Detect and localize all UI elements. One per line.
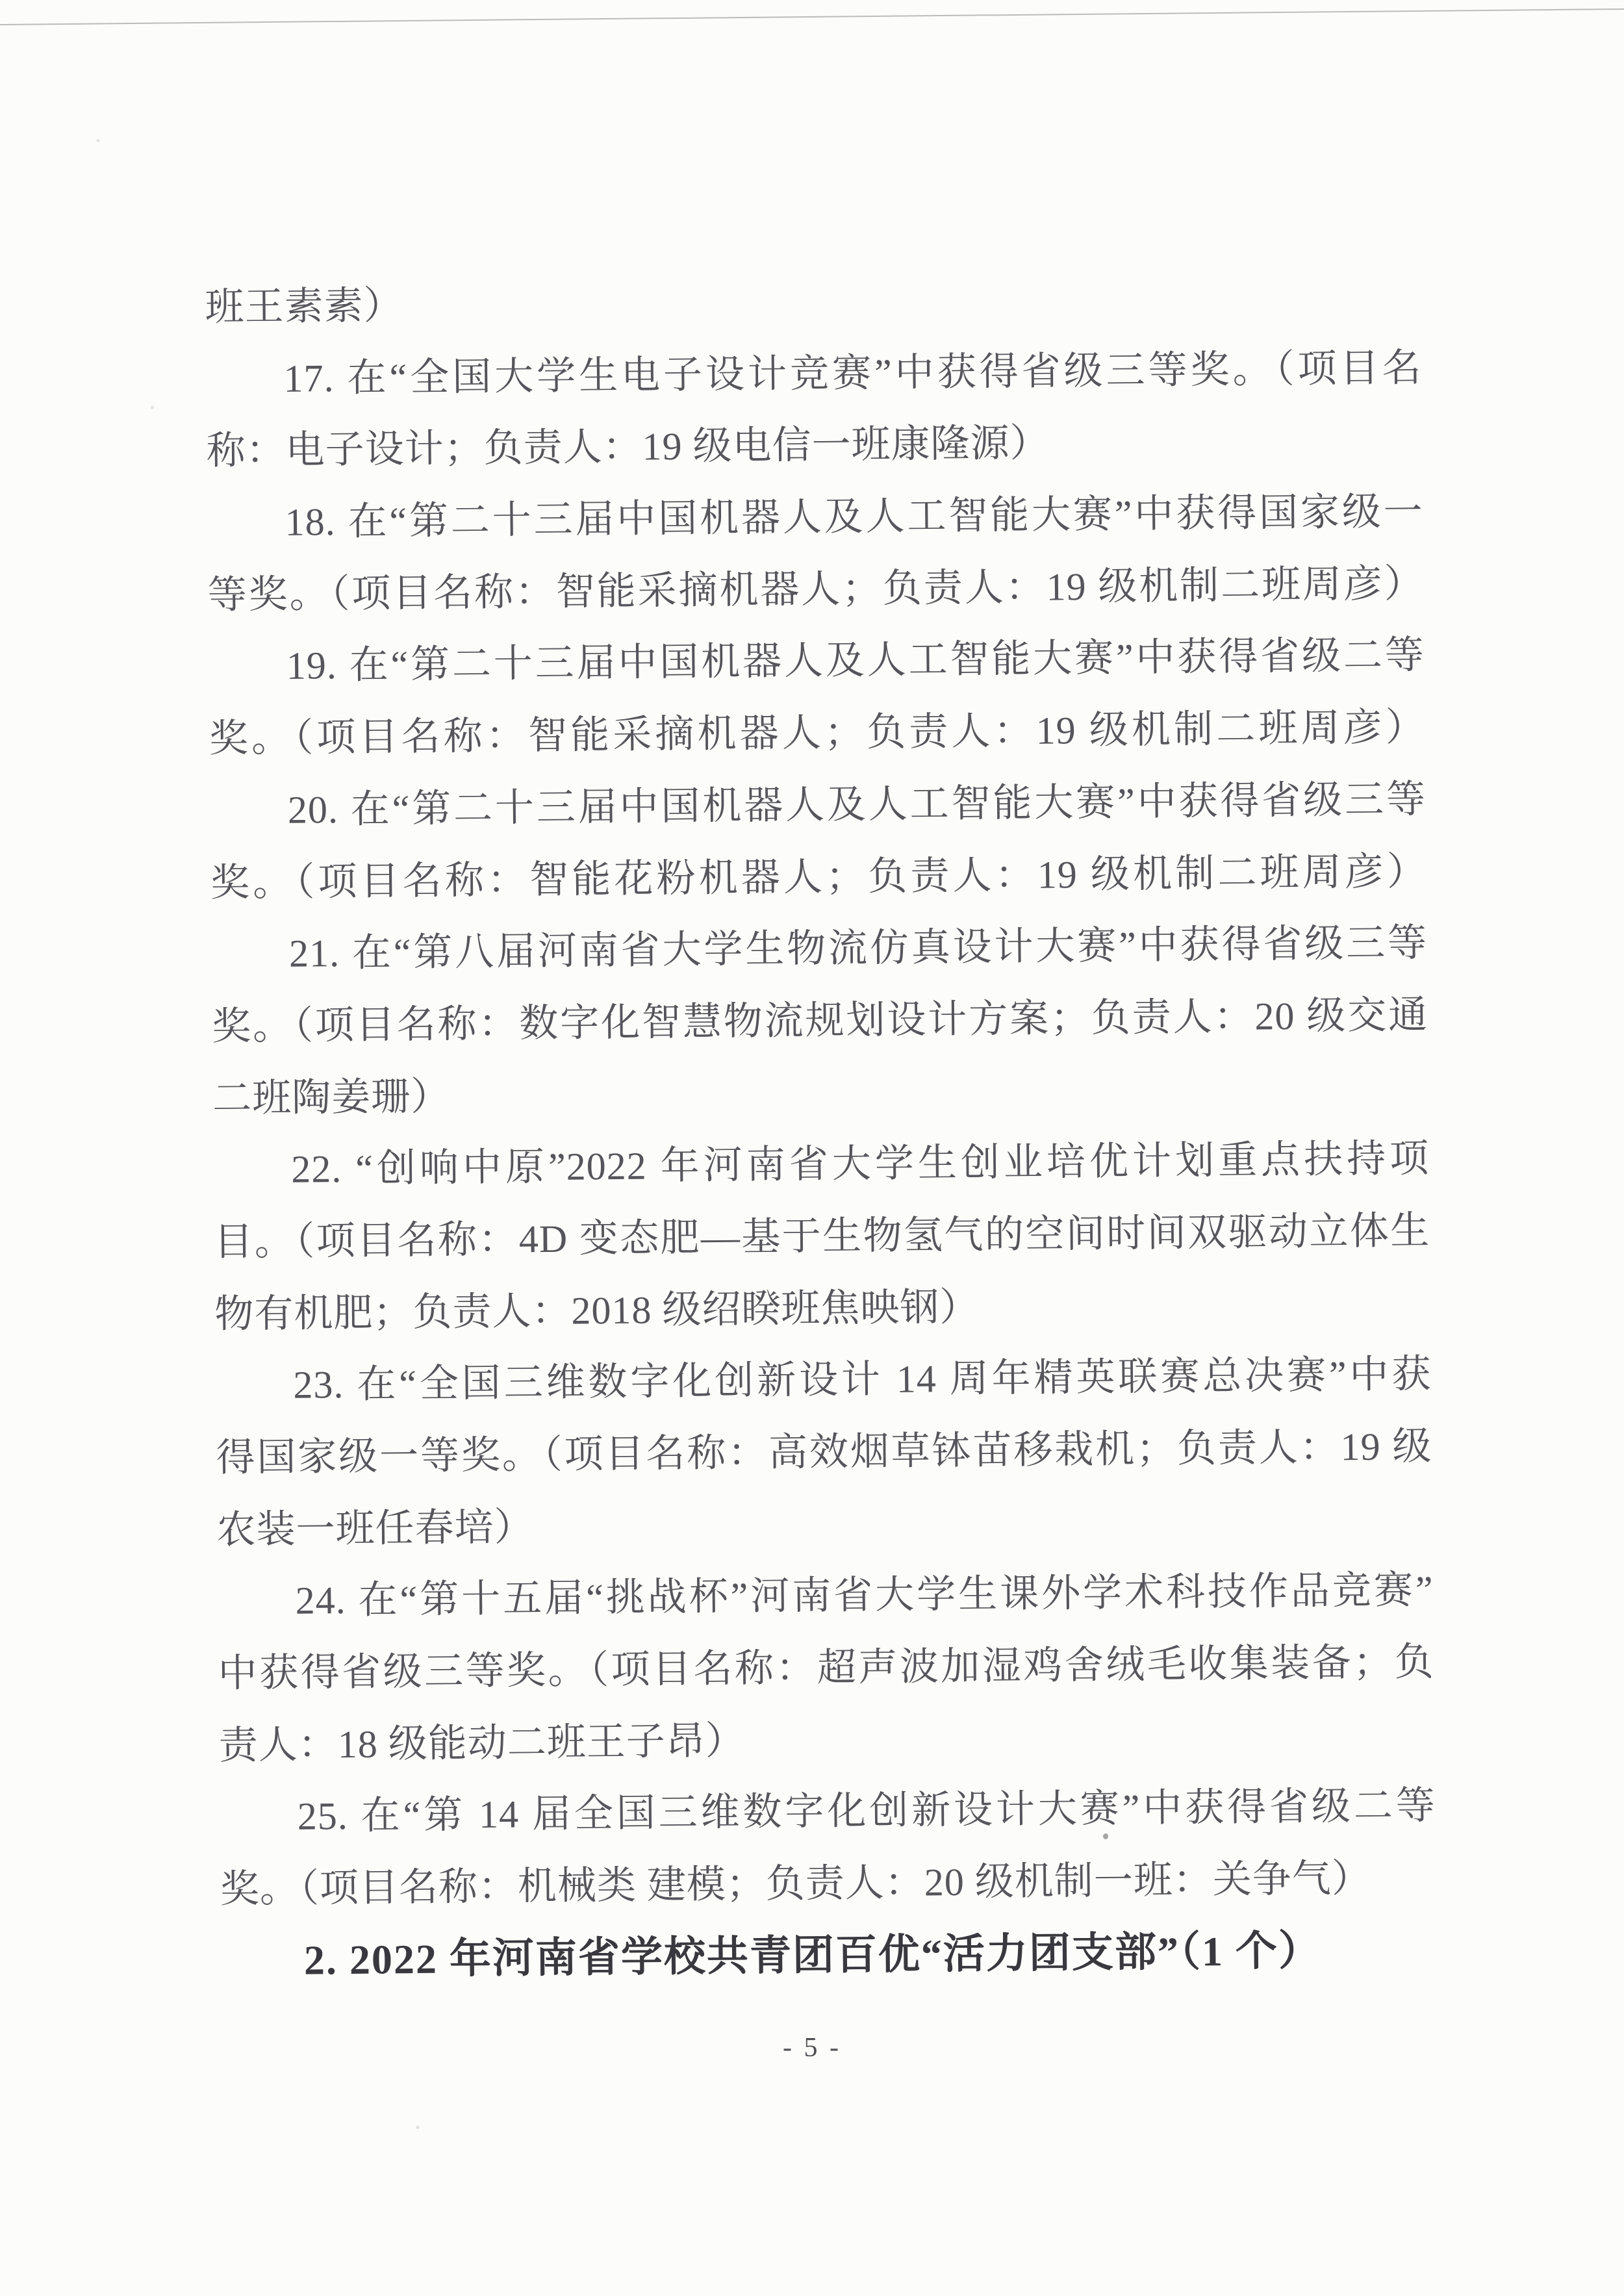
text-line: 奖。（项目名称：智能花粉机器人；负责人：19 级机制二班周彦） [210,835,1427,919]
section-heading: 2. 2022 年河南省学校共青团百优“活力团支部”（1 个） [220,1914,1437,1998]
text-line: 17. 在“全国大学生电子设计竞赛”中获得省级三等奖。（项目名 [205,332,1422,416]
text-line: 奖。（项目名称：智能采摘机器人；负责人：19 级机制二班周彦） [209,691,1425,775]
text-line: 得国家级一等奖。（项目名称：高效烟草钵苗移栽机；负责人：19 级 [216,1410,1432,1494]
text-line: 18. 在“第二十三届中国机器人及人工智能大赛”中获得国家级一 [207,476,1423,559]
text-line: 物有机肥；负责人：2018 级绍睽班焦映钢） [214,1267,1431,1351]
text-line: 23. 在“全国三维数字化创新设计 14 周年精英联赛总决赛”中获 [215,1338,1432,1422]
text-line: 等奖。（项目名称：智能采摘机器人；负责人：19 级机制二班周彦） [207,548,1424,631]
text-line: 25. 在“第 14 届全国三维数字化创新设计大赛”中获得省级二等 [219,1770,1436,1854]
scan-speck [416,2126,420,2129]
scan-artifact-dot [1103,1833,1108,1839]
text-line: 20. 在“第二十三届中国机器人及人工智能大赛”中获得省级三等 [209,763,1426,847]
text-line: 中获得省级三等奖。（项目名称：超声波加湿鸡舍绒毛收集装备；负 [218,1626,1434,1710]
scan-artifact-line [0,8,1624,25]
page-number: - 5 - [0,2032,1624,2063]
scan-speck [151,405,154,409]
text-line: 24. 在“第十五届“挑战杯”河南省大学生课外学术科技作品竞赛” [217,1554,1434,1638]
text-line: 称：电子设计；负责人：19 级电信一班康隆源） [206,403,1423,487]
text-line: 21. 在“第八届河南省大学生物流仿真设计大赛”中获得省级三等 [211,907,1428,991]
text-line: 奖。（项目名称：数字化智慧物流规划设计方案；负责人：20 级交通 [212,979,1428,1063]
text-line: 奖。（项目名称：机械类 建模；负责人：20 级机制一班：关争气） [220,1842,1436,1926]
text-line: 农装一班任春培） [216,1483,1433,1566]
scan-speck [96,139,100,142]
text-line: 22. “创响中原”2022 年河南省大学生创业培优计划重点扶持项 [213,1123,1430,1206]
document-body: 班王素素） 17. 在“全国大学生电子设计竞赛”中获得省级三等奖。（项目名 称：… [205,260,1437,1997]
text-line: 19. 在“第二十三届中国机器人及人工智能大赛”中获得省级二等 [208,619,1425,703]
text-line: 班王素素） [205,260,1421,344]
text-line: 责人：18 级能动二班王子昂） [218,1698,1435,1782]
text-line: 二班陶姜珊） [212,1051,1429,1135]
text-line: 目。（项目名称：4D 变态肥—基于生物氢气的空间时间双驱动立体生 [214,1195,1430,1279]
document-page: 班王素素） 17. 在“全国大学生电子设计竞赛”中获得省级三等奖。（项目名 称：… [0,0,1624,2296]
